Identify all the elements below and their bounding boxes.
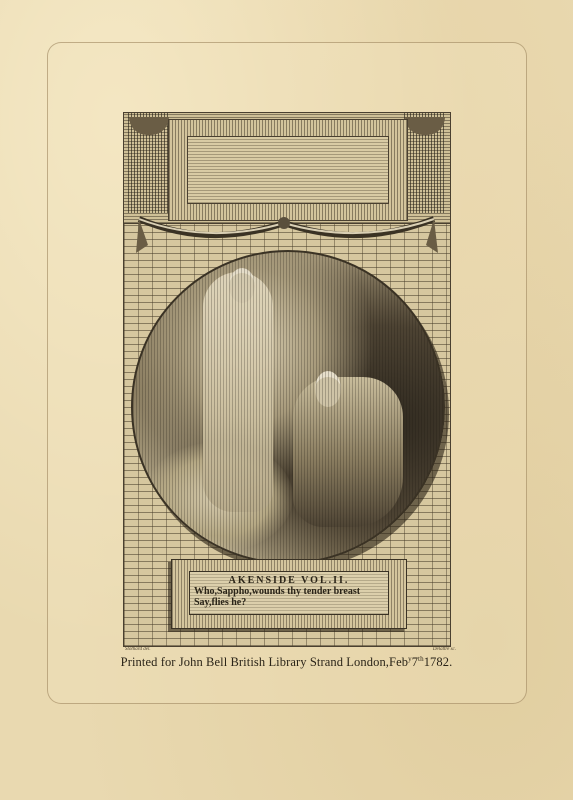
imprint-year: 1782.: [424, 655, 453, 669]
designer-credit: Stothard del.: [125, 647, 151, 652]
publisher-imprint: Printed for John Bell British Library St…: [0, 655, 573, 670]
blank-title-tablet: [168, 119, 408, 221]
drapery-swag: [134, 215, 440, 255]
engraving-hatching: [133, 252, 443, 562]
architectural-header: [124, 113, 450, 224]
caption-tablet: AKENSIDE VOL.II. Who,Sappho,wounds thy t…: [171, 559, 407, 629]
caption-line-2: Say,flies he?: [194, 597, 384, 608]
caption-title: AKENSIDE VOL.II.: [194, 575, 384, 586]
imprint-text: Printed for John Bell British Library St…: [121, 655, 408, 669]
scene-medallion: [131, 250, 445, 564]
blank-tablet-inner: [187, 136, 389, 204]
engraver-credit: Delattre sc.: [433, 647, 456, 652]
engraving-frame: AKENSIDE VOL.II. Who,Sappho,wounds thy t…: [123, 112, 451, 647]
caption-inner: AKENSIDE VOL.II. Who,Sappho,wounds thy t…: [189, 571, 389, 615]
caption-line-1: Who,Sappho,wounds thy tender breast: [194, 586, 384, 597]
